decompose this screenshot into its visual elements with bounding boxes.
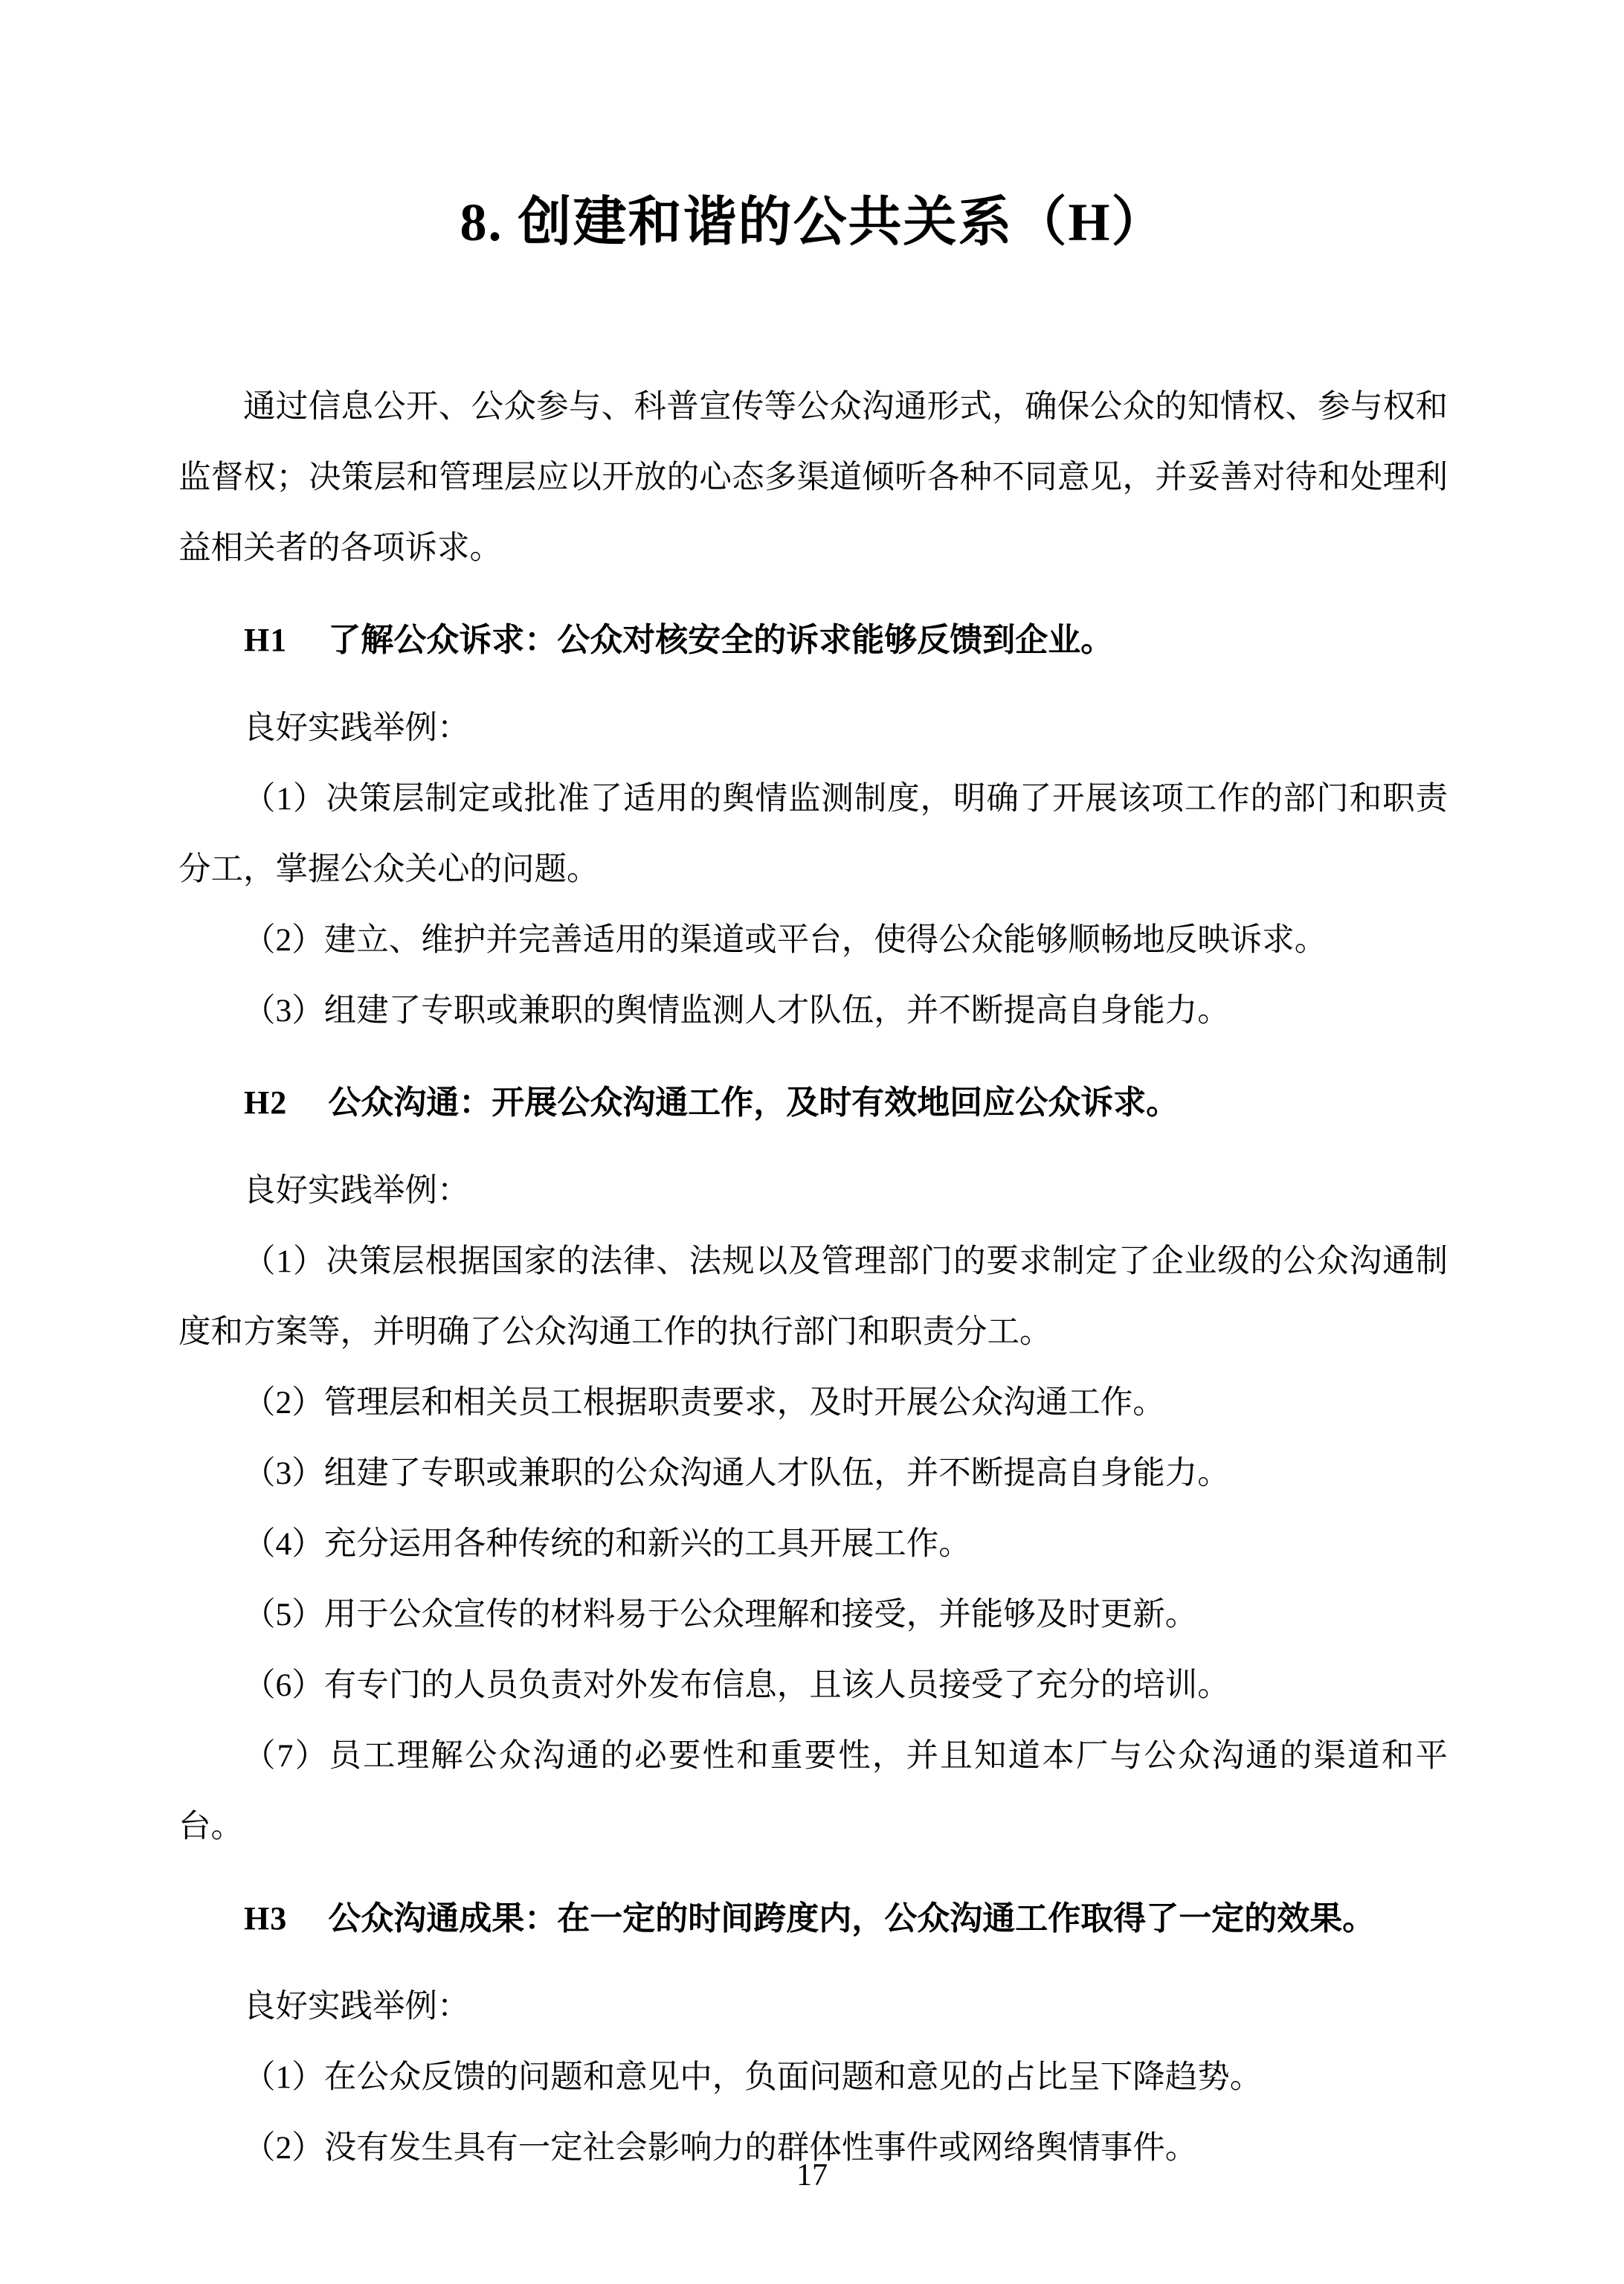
section-heading-text: 了解公众诉求：公众对核安全的诉求能够反馈到企业。: [328, 622, 1113, 658]
practice-item: （1）在公众反馈的问题和意见中，负面问题和意见的占比呈下降趋势。: [178, 2042, 1448, 2113]
page-title: 8. 创建和谐的公共关系（H）: [178, 0, 1448, 258]
section-id-label: H1: [244, 622, 287, 658]
practice-item: （3）组建了专职或兼职的公众沟通人才队伍，并不断提高自身能力。: [178, 1438, 1448, 1509]
practice-item: （1）决策层根据国家的法律、法规以及管理部门的要求制定了企业级的公众沟通制度和方…: [178, 1226, 1448, 1368]
content-area: 8. 创建和谐的公共关系（H） 通过信息公开、公众参与、科普宣传等公众沟通形式，…: [178, 0, 1448, 2184]
practice-item: （7）员工理解公众沟通的必要性和重要性，并且知道本厂与公众沟通的渠道和平台。: [178, 1721, 1448, 1862]
section-heading: H2公众沟通：开展公众沟通工作，及时有效地回应公众诉求。: [178, 1067, 1448, 1138]
practice-item: （4）充分运用各种传统的和新兴的工具开展工作。: [178, 1509, 1448, 1580]
practice-item: （3）组建了专职或兼职的舆情监测人才队伍，并不断提高自身能力。: [178, 976, 1448, 1046]
examples-label: 良好实践举例：: [178, 1156, 1448, 1226]
examples-label: 良好实践举例：: [178, 693, 1448, 764]
section-heading-text: 公众沟通成果：在一定的时间跨度内，公众沟通工作取得了一定的效果。: [328, 1900, 1375, 1937]
document-page: 8. 创建和谐的公共关系（H） 通过信息公开、公众参与、科普宣传等公众沟通形式，…: [0, 0, 1624, 2284]
section-h2: H2公众沟通：开展公众沟通工作，及时有效地回应公众诉求。 良好实践举例： （1）…: [178, 1067, 1448, 1862]
practice-item: （2）管理层和相关员工根据职责要求，及时开展公众沟通工作。: [178, 1368, 1448, 1438]
practice-item: （5）用于公众宣传的材料易于公众理解和接受，并能够及时更新。: [178, 1580, 1448, 1650]
section-id-label: H2: [244, 1084, 287, 1121]
section-heading: H3公众沟通成果：在一定的时间跨度内，公众沟通工作取得了一定的效果。: [178, 1883, 1448, 1954]
section-h1: H1了解公众诉求：公众对核安全的诉求能够反馈到企业。 良好实践举例： （1）决策…: [178, 605, 1448, 1046]
section-heading-text: 公众沟通：开展公众沟通工作，及时有效地回应公众诉求。: [328, 1084, 1179, 1121]
intro-paragraph: 通过信息公开、公众参与、科普宣传等公众沟通形式，确保公众的知情权、参与权和监督权…: [178, 372, 1448, 584]
practice-item: （1）决策层制定或批准了适用的舆情监测制度，明确了开展该项工作的部门和职责分工，…: [178, 764, 1448, 905]
section-h3: H3公众沟通成果：在一定的时间跨度内，公众沟通工作取得了一定的效果。 良好实践举…: [178, 1883, 1448, 2184]
practice-item: （2）建立、维护并完善适用的渠道或平台，使得公众能够顺畅地反映诉求。: [178, 905, 1448, 976]
section-id-label: H3: [244, 1900, 287, 1937]
page-number: 17: [0, 2158, 1624, 2193]
practice-item: （6）有专门的人员负责对外发布信息，且该人员接受了充分的培训。: [178, 1650, 1448, 1721]
section-heading: H1了解公众诉求：公众对核安全的诉求能够反馈到企业。: [178, 605, 1448, 675]
examples-label: 良好实践举例：: [178, 1972, 1448, 2042]
